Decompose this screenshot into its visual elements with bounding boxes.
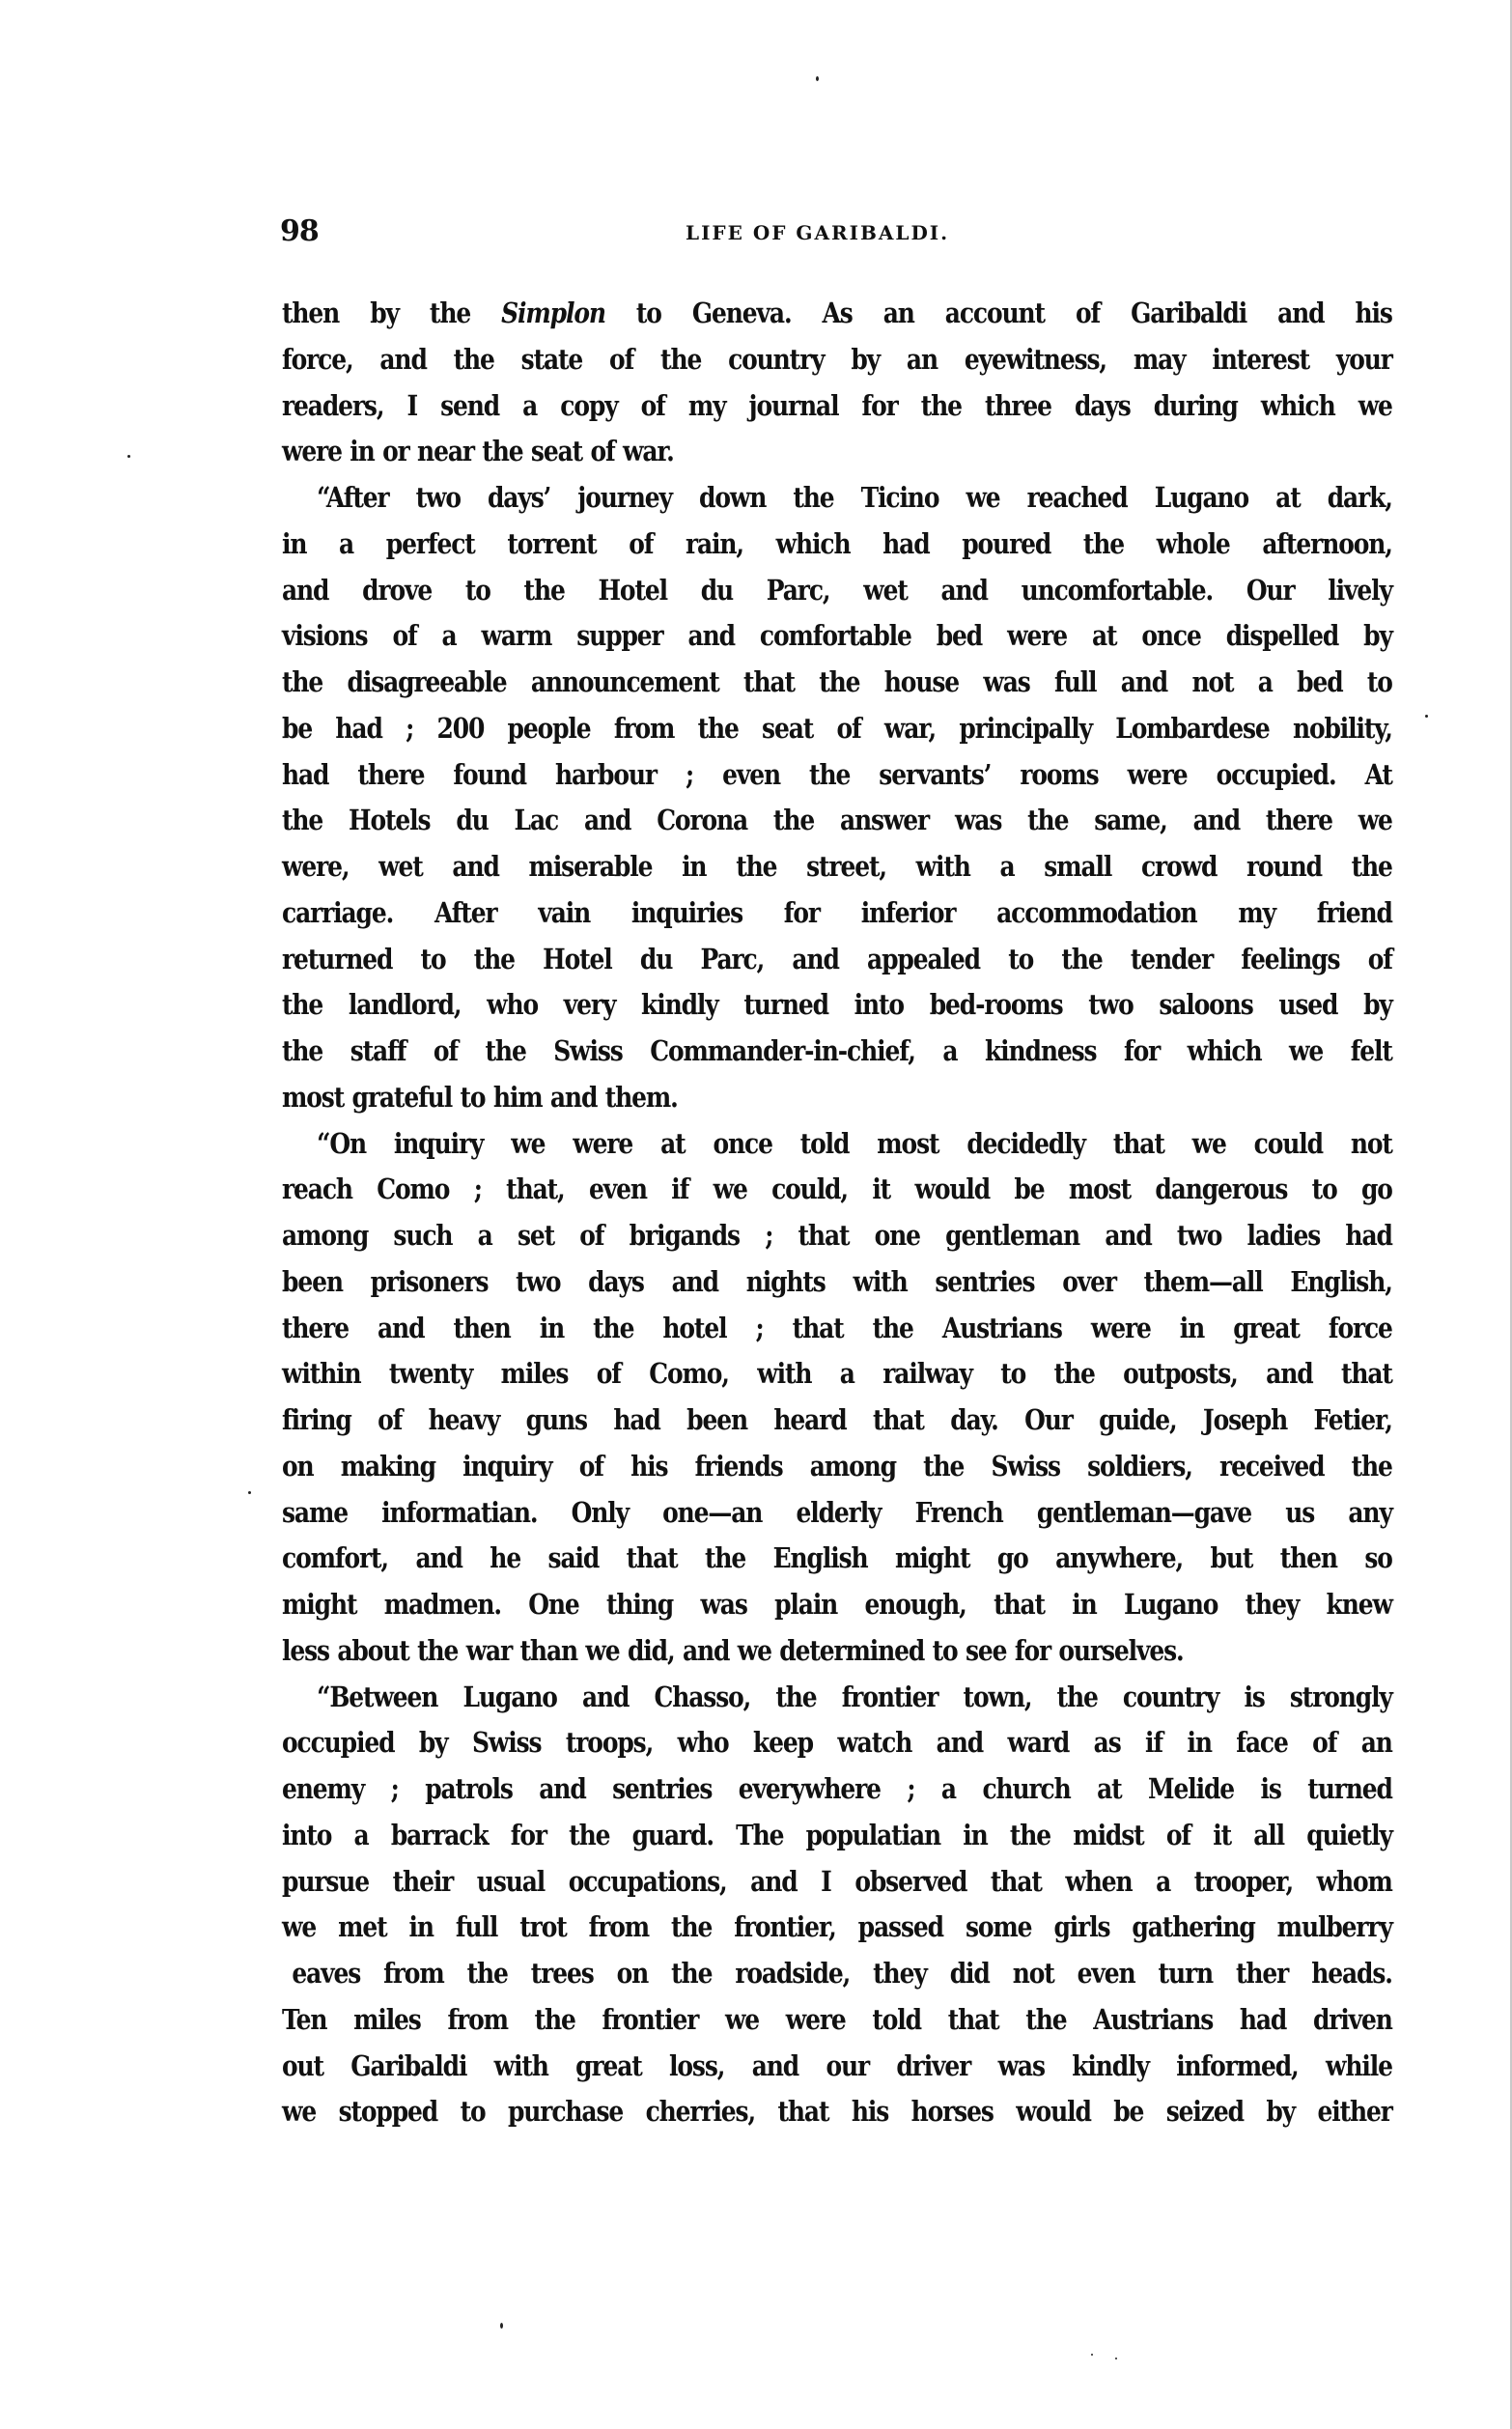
text-line: visions of a warm supper and comfortable… [282,613,1392,660]
scan-speck [1425,715,1428,718]
text-line: then by the Simplon to Geneva. As an acc… [282,291,1392,337]
text-line: be had ; 200 people from the seat of war… [282,706,1392,752]
text-line: the disagreeable announcement that the h… [282,660,1392,706]
text-line: carriage. After vain inquiries for infer… [282,890,1392,937]
text-line: “On inquiry we were at once told most de… [282,1121,1392,1168]
text-line: might madmen. One thing was plain enough… [282,1582,1392,1628]
text-line: returned to the Hotel du Parc, and appea… [282,937,1392,983]
text-line: pursue their usual occupations, and I ob… [282,1859,1392,1906]
scan-speck [127,455,130,458]
text-line: “After two days’ journey down the Ticino… [282,475,1392,522]
text-line: had there found harbour ; even the serva… [282,752,1392,799]
text-line: we met in full trot from the frontier, p… [282,1905,1392,1951]
text-line: enemy ; patrols and sentries everywhere … [282,1766,1392,1813]
text-line: reach Como ; that, even if we could, it … [282,1167,1392,1213]
text-line: less about the war than we did, and we d… [282,1628,1392,1675]
text-line: on making inquiry of his friends among t… [282,1444,1392,1490]
scan-speck [1115,2358,1117,2359]
text-line: the staff of the Swiss Commander-in-chie… [282,1029,1392,1075]
text-line: within twenty miles of Como, with a rail… [282,1351,1392,1398]
text-line: force, and the state of the country by a… [282,337,1392,383]
text-line: the landlord, who very kindly turned int… [282,982,1392,1029]
running-head: LIFE OF GARIBALDI. [686,220,994,245]
scan-speck [1091,2354,1093,2356]
text-line: there and then in the hotel ; that the A… [282,1306,1392,1352]
text-line: eaves from the trees on the roadside, th… [282,1951,1392,1997]
text-line: firing of heavy guns had been heard that… [282,1398,1392,1444]
scan-speck [816,76,819,81]
italic-term: Simplon [501,297,605,329]
scan-speck [248,1491,251,1494]
scan-speck [500,2323,503,2329]
text-line: we stopped to purchase cherries, that hi… [282,2089,1392,2135]
page-number: 98 [280,216,319,247]
text-line: the Hotels du Lac and Corona the answer … [282,798,1392,844]
text-line: into a barrack for the guard. The popula… [282,1813,1392,1859]
text-line: in a perfect torrent of rain, which had … [282,522,1392,568]
text-line: comfort, and he said that the English mi… [282,1536,1392,1582]
text-line: among such a set of brigands ; that one … [282,1213,1392,1259]
text-line: were in or near the seat of war. [282,429,1392,475]
text-line: same informatian. Only one—an elderly Fr… [282,1490,1392,1537]
text-line: occupied by Swiss troops, who keep watch… [282,1720,1392,1766]
text-line: Ten miles from the frontier we were told… [282,1997,1392,2044]
text-line: readers, I send a copy of my journal for… [282,383,1392,430]
text-line: out Garibaldi with great loss, and our d… [282,2044,1392,2090]
text-line: and drove to the Hotel du Parc, wet and … [282,568,1392,614]
text-line: “Between Lugano and Chasso, the frontier… [282,1675,1392,1721]
text-line: been prisoners two days and nights with … [282,1259,1392,1306]
text-line: were, wet and miserable in the street, w… [282,844,1392,890]
body-text: then by the Simplon to Geneva. As an acc… [282,291,1392,2135]
text-line: most grateful to him and them. [282,1075,1392,1121]
